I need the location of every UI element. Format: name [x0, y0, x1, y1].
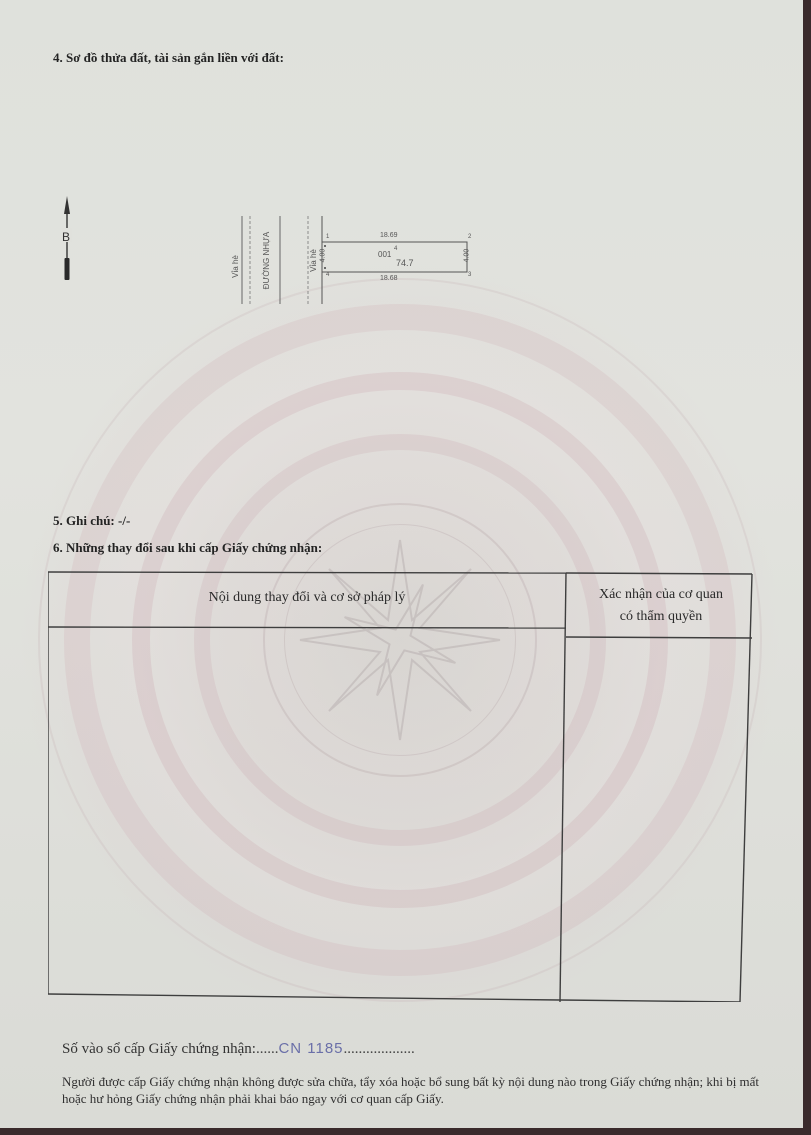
left-edge-length: 4.00 [319, 249, 326, 263]
plot-area: 74.7 [396, 258, 414, 268]
corner-label: 2 [468, 234, 471, 240]
column-header-confirmation-line2: có thẩm quyền [566, 606, 756, 628]
plot-id: 001 [378, 250, 391, 259]
top-edge-length: 18.69 [380, 232, 398, 239]
road-label: ĐƯỜNG NHỰA [262, 232, 271, 289]
corner-label: 3 [468, 272, 471, 278]
column-header-changes: Nội dung thay đổi và cơ sở pháp lý [48, 590, 566, 606]
corner-label: 1 [326, 234, 329, 240]
north-label: B [62, 230, 70, 244]
left-sidewalk-label: Vỉa hè [231, 255, 240, 278]
registration-number: CN 1185 [278, 1040, 343, 1057]
changes-table: Nội dung thay đổi và cơ sở pháp lý Xác n… [48, 570, 754, 1002]
bottom-edge-length: 18.68 [380, 275, 398, 282]
right-sidewalk-label: Vỉa hè [309, 249, 318, 272]
footer-warning-note: Người được cấp Giấy chứng nhận không đượ… [62, 1073, 762, 1107]
column-header-confirmation: Xác nhận của cơ quan có thẩm quyền [566, 584, 756, 628]
certificate-page: 4. Sơ đồ thửa đất, tài sản gắn liền với … [0, 0, 803, 1128]
registration-label: Số vào sổ cấp Giấy chứng nhận: [62, 1041, 256, 1057]
corner-label: 4 [326, 272, 329, 278]
registration-number-line: Số vào sổ cấp Giấy chứng nhận:......CN 1… [62, 1040, 415, 1058]
section-5-note: 5. Ghi chú: -/- [53, 513, 130, 529]
right-edge-length: 4.00 [463, 249, 470, 263]
section-6-title: 6. Những thay đổi sau khi cấp Giấy chứng… [53, 540, 322, 556]
section-4-title: 4. Sơ đồ thửa đất, tài sản gắn liền với … [53, 50, 284, 66]
registration-dots: ...... [256, 1041, 279, 1057]
column-header-confirmation-line1: Xác nhận của cơ quan [566, 584, 756, 606]
plot-sheet: 4 [394, 246, 397, 252]
registration-dots: ................... [344, 1041, 415, 1057]
parcel-diagram: Vỉa hè ĐƯỜNG NHỰA Vỉa hè 4.00 4.00 18.69… [230, 208, 490, 308]
